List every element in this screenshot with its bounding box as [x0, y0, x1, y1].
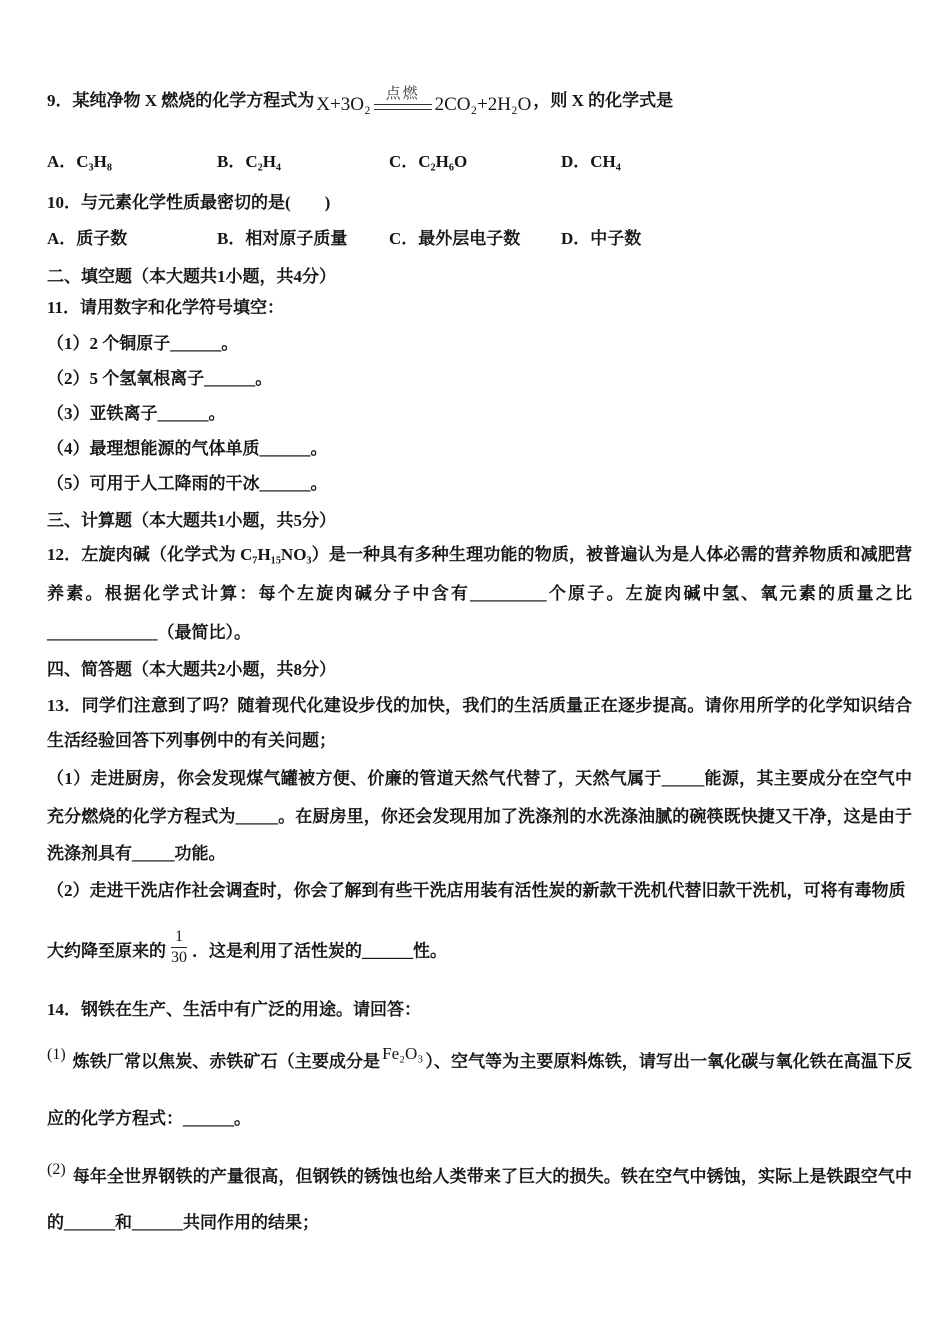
q13-part2-pre: 大约降至原来的 [47, 941, 166, 960]
equation-condition-block: 点燃 [374, 86, 432, 117]
q9-options-row: A．C₃H₈ B．C₂H₄ C．C₂H₆O D．CH₄ [47, 151, 912, 173]
q9-stem-suffix: ，则 X 的化学式是 [533, 91, 673, 110]
q10-options-row: A．质子数 B．相对原子质量 C．最外层电子数 D．中子数 [47, 228, 912, 250]
equation-products: 2CO₂+2H₂O [435, 93, 532, 117]
q13-part-1: （1）走进厨房，你会发现煤气罐被方便、价廉的管道天然气代替了，天然气属于____… [47, 760, 912, 873]
equation-reactants: X+3O₂ [316, 93, 370, 117]
q11-item-2: （2）5 个氢氧根离子______。 [47, 369, 912, 389]
fraction-numerator: 1 [171, 928, 187, 948]
q11-item-3: （3）亚铁离子______。 [47, 404, 912, 424]
question-11-stem: 11．请用数字和化学符号填空： [47, 297, 912, 319]
condition-label: 点燃 [386, 86, 420, 103]
q14-part-1: (1)炼铁厂常以焦炭、赤铁矿石（主要成分是Fe₂O₃）、空气等为主要原料炼铁，请… [47, 1026, 912, 1147]
question-10-stem: 10．与元素化学性质最密切的是( ) [47, 192, 912, 214]
q10-option-c: C．最外层电子数 [389, 228, 561, 250]
q9-chemical-equation: X+3O₂ 点燃 2CO₂+2H₂O [316, 86, 531, 117]
q14-part1-marker: (1) [47, 1046, 66, 1063]
q11-item-4: （4）最理想能源的气体单质______。 [47, 439, 912, 459]
q9-option-a: A．C₃H₈ [47, 151, 217, 173]
question-9-stem: 9．某纯净物 X 燃烧的化学方程式为 X+3O₂ 点燃 2CO₂+2H₂O ，则… [47, 86, 912, 117]
q10-option-d: D．中子数 [561, 228, 912, 250]
section-2-heading: 二、填空题（本大题共1小题，共4分） [47, 266, 912, 288]
q13-part2-post: ．这是利用了活性炭的______性。 [192, 941, 447, 960]
q9-option-d: D．CH₄ [561, 151, 912, 173]
question-12-text: 12．左旋肉碱（化学式为 C₇H₁₅NO₃）是一种具有多种生理功能的物质，被普遍… [47, 535, 912, 652]
q10-option-a: A．质子数 [47, 228, 217, 250]
fe2o3-formula: Fe₂O₃ [380, 1044, 425, 1063]
q9-option-c: C．C₂H₆O [389, 151, 561, 173]
q14-part2-text: 每年全世界钢铁的产量很高，但钢铁的锈蚀也给人类带来了巨大的损失。铁在空气中锈蚀，… [47, 1167, 912, 1232]
q10-option-b: B．相对原子质量 [217, 228, 389, 250]
fraction-one-thirtieth: 1 30 [171, 928, 187, 968]
q14-part-2: (2)每年全世界钢铁的产量很高，但钢铁的锈蚀也给人类带来了巨大的损失。铁在空气中… [47, 1147, 912, 1246]
question-14-stem: 14．钢铁在生产、生活中有广泛的用途。请回答： [47, 1000, 912, 1020]
q13-part-2-line2: 大约降至原来的 1 30 ．这是利用了活性炭的______性。 [47, 935, 912, 975]
question-13-stem: 13．同学们注意到了吗？随着现代化建设步伐的加快，我们的生活质量正在逐步提高。请… [47, 688, 912, 758]
q9-option-b: B．C₂H₄ [217, 151, 389, 173]
q11-item-5: （5）可用于人工降雨的干冰______。 [47, 474, 912, 494]
fraction-denominator: 30 [171, 948, 187, 967]
q13-part-2-line1: （2）走进干洗店作社会调查时，你会了解到有些干洗店用装有活性炭的新款干洗机代替旧… [47, 873, 912, 909]
q14-part2-marker: (2) [47, 1161, 66, 1178]
exam-page: 9．某纯净物 X 燃烧的化学方程式为 X+3O₂ 点燃 2CO₂+2H₂O ，则… [0, 0, 950, 1344]
double-line-icon [374, 104, 432, 110]
q14-part1-pre: 炼铁厂常以焦炭、赤铁矿石（主要成分是 [73, 1052, 380, 1071]
section-4-heading: 四、简答题（本大题共2小题，共8分） [47, 659, 912, 681]
section-3-heading: 三、计算题（本大题共1小题，共5分） [47, 510, 912, 532]
q9-stem-prefix: 9．某纯净物 X 燃烧的化学方程式为 [47, 91, 314, 110]
q11-item-1: （1）2 个铜原子______。 [47, 334, 912, 354]
